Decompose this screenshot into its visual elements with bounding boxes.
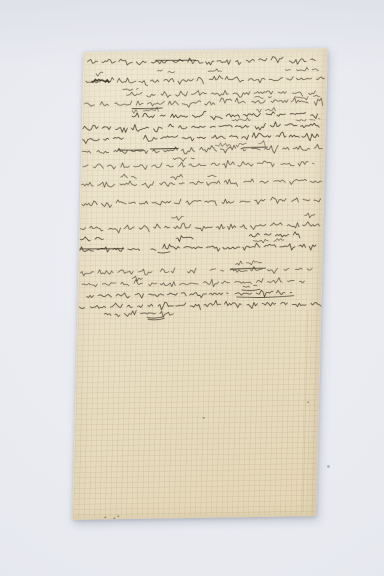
paper-speck — [307, 401, 309, 403]
handwriting-line — [82, 277, 305, 289]
handwriting-line — [242, 285, 260, 291]
paper-speck — [117, 515, 119, 517]
surface-speck — [327, 465, 330, 468]
handwriting-line — [79, 299, 321, 312]
paper-speck — [113, 517, 115, 519]
handwriting-line — [81, 178, 322, 189]
handwriting-line — [82, 144, 323, 156]
handwriting-line — [232, 117, 320, 123]
handwriting-line — [80, 265, 312, 276]
handwriting-line — [82, 197, 321, 208]
handwriting-line — [96, 67, 319, 76]
handwriting-line — [173, 158, 194, 162]
handwriting-line — [84, 96, 323, 109]
handwriting-line — [80, 232, 300, 244]
paper-speck — [203, 417, 205, 419]
handwriting-line — [254, 95, 320, 101]
handwriting-line — [87, 290, 294, 300]
handwriting-line — [253, 239, 284, 243]
handwriting-line — [235, 260, 261, 265]
handwriting-ink — [72, 48, 328, 520]
handwriting-line — [123, 88, 138, 90]
photo-background: Photograph of a single handwritten manus… — [0, 0, 384, 576]
handwriting-line — [132, 110, 318, 122]
handwriting-line — [121, 173, 217, 181]
handwriting-line — [86, 74, 325, 87]
handwriting-line — [132, 107, 162, 113]
handwriting-line — [80, 242, 316, 255]
paper-speck — [104, 517, 106, 519]
handwriting-line — [83, 159, 314, 171]
handwriting-line — [83, 121, 320, 133]
handwriting-line — [104, 310, 173, 321]
handwriting-line — [80, 221, 319, 234]
handwriting-line — [215, 141, 265, 148]
handwriting-line — [172, 213, 315, 220]
handwriting-line — [82, 131, 318, 144]
manuscript-page — [72, 48, 328, 520]
handwriting-line — [132, 276, 142, 281]
handwriting-line — [127, 89, 316, 100]
handwriting-line — [87, 56, 315, 68]
